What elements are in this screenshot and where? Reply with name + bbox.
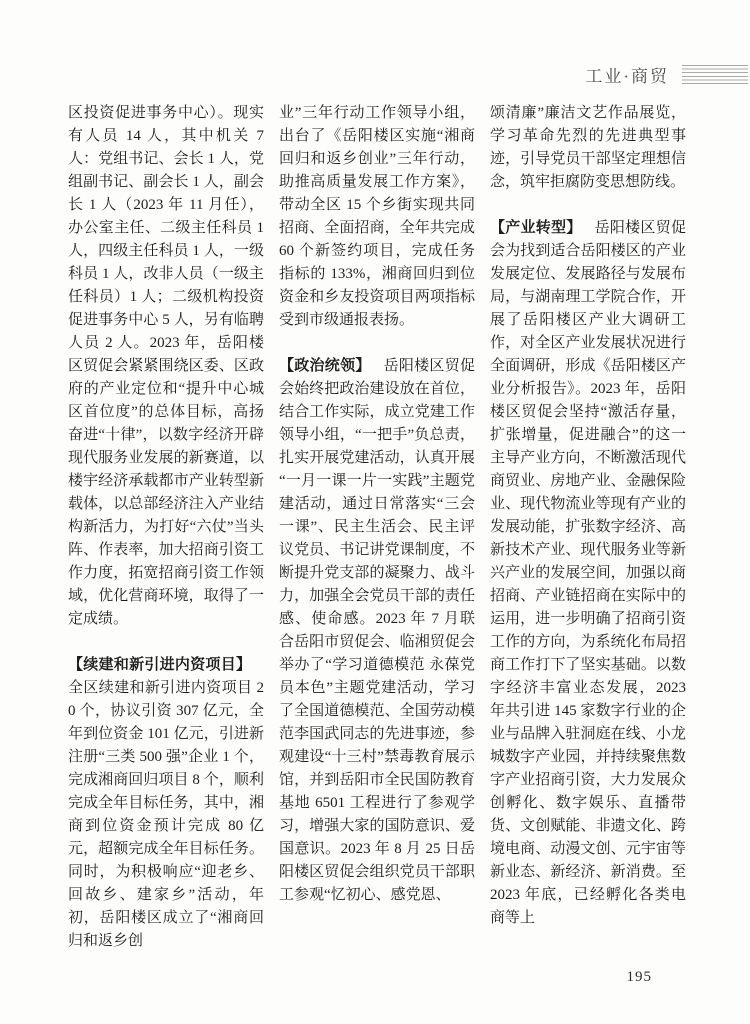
header-rules-decoration: [682, 65, 748, 85]
section-title: 工业·商贸: [585, 62, 669, 87]
paragraph-text: 业”三年行动工作领导小组，出台了《岳阳楼区实施“湘商回归和返乡创业”三年行动，助…: [279, 105, 475, 328]
paragraph-text: 岳阳楼区贸促会始终把政治建设放在首位，结合工作实际，成立党建工作领导小组，“一把…: [279, 358, 475, 903]
yearbook-page: { "page": { "running_head": "工业·商贸", "pa…: [0, 0, 750, 1024]
paragraph-entry: 【政治统领】岳阳楼区贸促会始终把政治建设放在首位，结合工作实际，成立党建工作领导…: [279, 355, 475, 907]
text-column-right: 颂清廉”廉洁文艺作品展览，学习革命先烈的先进典型事迹，引导党员干部坚定理想信念，…: [490, 102, 686, 976]
paragraph-entry: 【续建和新引进内资项目】全区续建和新引进内资项目 20 个，协议引资 307 亿…: [68, 654, 264, 953]
paragraph-text: 区投资促进事务中心）。现实有人员 14 人，其中机关 7 人：党组书记、会长 1…: [68, 105, 264, 627]
paragraph-entry: 【产业转型】岳阳楼区贸促会为找到适合岳阳楼区的产业发展定位、发展路径与发展布局，…: [490, 217, 686, 930]
text-columns: 区投资促进事务中心）。现实有人员 14 人，其中机关 7 人：党组书记、会长 1…: [68, 102, 686, 976]
text-column-left: 区投资促进事务中心）。现实有人员 14 人，其中机关 7 人：党组书记、会长 1…: [68, 102, 264, 976]
entry-heading: 【产业转型】: [490, 220, 582, 236]
page-number: 195: [627, 969, 653, 986]
entry-heading: 【续建和新引进内资项目】: [68, 657, 251, 673]
entry-heading: 【政治统领】: [279, 358, 371, 374]
text-column-middle: 业”三年行动工作领导小组，出台了《岳阳楼区实施“湘商回归和返乡创业”三年行动，助…: [279, 102, 475, 976]
paragraph-text: 岳阳楼区贸促会为找到适合岳阳楼区的产业发展定位、发展路径与发展布局，与湖南理工学…: [490, 220, 686, 926]
running-head: 工业·商贸: [585, 62, 748, 87]
paragraph-continuation: 颂清廉”廉洁文艺作品展览，学习革命先烈的先进典型事迹，引导党员干部坚定理想信念，…: [490, 102, 686, 194]
paragraph-continuation: 区投资促进事务中心）。现实有人员 14 人，其中机关 7 人：党组书记、会长 1…: [68, 102, 264, 631]
paragraph-continuation: 业”三年行动工作领导小组，出台了《岳阳楼区实施“湘商回归和返乡创业”三年行动，助…: [279, 102, 475, 332]
paragraph-text: 颂清廉”廉洁文艺作品展览，学习革命先烈的先进典型事迹，引导党员干部坚定理想信念，…: [490, 105, 686, 190]
paragraph-text: 全区续建和新引进内资项目 20 个，协议引资 307 亿元，全年到位资金 101…: [68, 680, 264, 949]
